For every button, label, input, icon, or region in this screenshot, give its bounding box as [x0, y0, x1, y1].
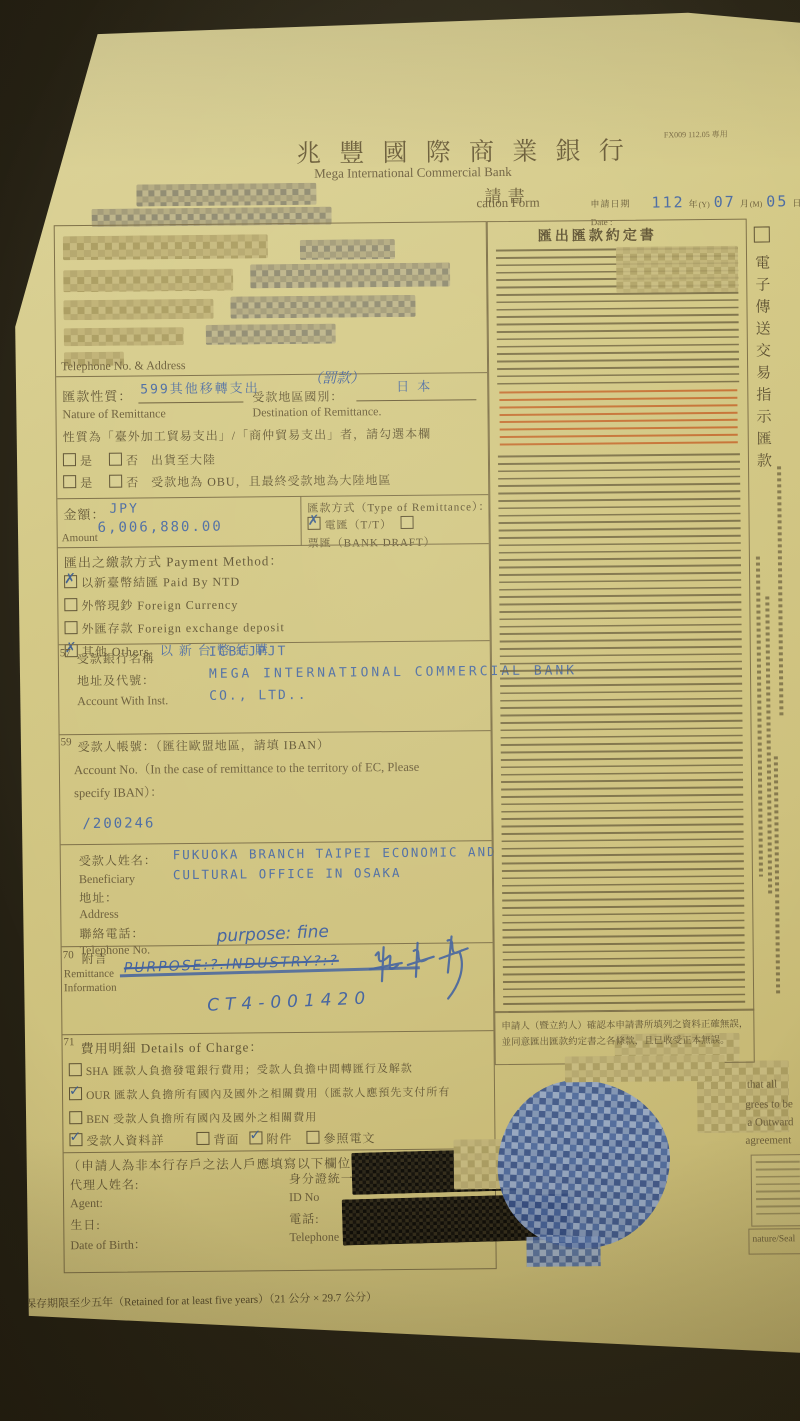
checkbox-no-2: [109, 475, 122, 488]
seal-label: nature/Seal: [752, 1234, 795, 1244]
redacted-applicant-info: [63, 269, 233, 293]
checkbox-fx-deposit: [64, 621, 77, 634]
phone-label-zh: 電話:: [289, 1210, 320, 1227]
box59-num: 59: [61, 736, 72, 748]
terms-en-fragment-1: that all: [747, 1078, 777, 1090]
box59-label3: specify IBAN）：: [74, 782, 163, 801]
terms-en-fragment-3: a Outward: [747, 1116, 793, 1128]
left-form-column: Telephone No. & Address 匯款性質： 599其他移轉支出 …: [54, 221, 497, 1273]
box57-label2: 地址及代號：: [77, 671, 155, 689]
box70-label-zh: 附言: [82, 950, 108, 967]
box70-label-en2: Information: [64, 982, 117, 995]
payment-header: 匯出之繳款方式 Payment Method：: [64, 550, 284, 571]
checkbox-no-1: [109, 453, 122, 466]
destination-label-en: Destination of Remittance.: [252, 404, 381, 420]
checkbox-electronic-remittance: [754, 226, 770, 242]
box57-bank-name2: CO., LTD..: [209, 688, 307, 704]
payment-option-3: 外匯存款 Foreign exchange deposit: [64, 618, 284, 638]
form-code: FX009 112.05 專用: [664, 129, 728, 141]
checkbox-yes-2: [63, 475, 76, 488]
redacted-applicant-info: [300, 239, 395, 260]
beneficiary-label-en: Beneficiary: [79, 872, 135, 888]
yn-row-2: 是 否 受款地為 OBU，且最終受款地為大陸地區: [63, 471, 392, 492]
checkbox-tt: ✗: [308, 517, 321, 530]
terms-title: 匯出匯款約定書: [538, 225, 657, 246]
handwritten-code: CT4-001420: [207, 988, 372, 1015]
dob-label-zh: 生日:: [70, 1216, 101, 1233]
checkbox-ben: [69, 1111, 82, 1124]
seal-box: nature/Seal: [748, 1228, 800, 1255]
amount-label-en: Amount: [62, 532, 98, 544]
box71-header: 費用明細 Details of Charge：: [80, 1036, 263, 1057]
destination-value: 日本: [396, 376, 438, 395]
date-value: 112 年(Y) 07 月(M) 05 日(D): [651, 192, 800, 213]
destination-label-zh: 受款地區國別：: [252, 388, 343, 406]
box59-label1: 受款人帳號：（匯往歐盟地區，請填 IBAN）: [78, 736, 330, 755]
form-subtitle-partial: cation Form: [476, 195, 539, 212]
redacted-applicant-info: [64, 327, 184, 346]
amount-value: 6,006,880.00: [98, 519, 223, 536]
remit-type-label: 匯款方式（Type of Remittance）：: [307, 498, 490, 516]
box57-label1: 受款銀行名稱: [77, 649, 155, 667]
box59-account-value: /200246: [82, 815, 155, 832]
redacted-applicant-info: [250, 263, 450, 289]
redacted-patch: [565, 1055, 725, 1083]
box57-num: 57: [60, 647, 71, 659]
vertical-terms-note: [777, 466, 783, 716]
nature-value: 599其他移轉支出: [140, 377, 260, 397]
checkbox-our: ✓: [69, 1087, 82, 1100]
payment-option-2: 外幣現鈔 Foreign Currency: [64, 596, 238, 616]
checkbox-yes-1: [63, 453, 76, 466]
redacted-form-title: [136, 183, 316, 207]
stamp-fragment: [526, 1236, 600, 1267]
address-label-zh: 地址：: [79, 889, 118, 906]
beneficiary-name-1: FUKUOKA BRANCH TAIPEI ECONOMIC AND: [173, 844, 497, 862]
amount-currency: JPY: [109, 502, 139, 517]
tel-label-zh: 聯絡電話：: [79, 924, 144, 942]
beneficiary-name-2: CULTURAL OFFICE IN OSAKA: [173, 865, 402, 882]
confirm-line-1: 申請人（暨立約人）確認本申請書所填列之資料正確無誤，: [501, 1016, 748, 1032]
redacted-applicant-name: [63, 234, 268, 260]
vertical-terms-note: [774, 756, 780, 996]
checkbox-sha: [69, 1063, 82, 1076]
vertical-terms-note: [756, 557, 763, 877]
date-label-zh: 申請日期: [590, 199, 630, 209]
yn-row-1: 是 否 出貨至大陸: [63, 451, 216, 470]
trade-note: 性質為「臺外加工貿易支出」/「商仲貿易支出」者，請勾選本欄: [63, 425, 431, 446]
checkbox-paid-by-ntd: ✗: [64, 575, 77, 588]
bank-name-en: Mega International Commercial Bank: [314, 164, 512, 182]
redacted-applicant-address: [230, 295, 415, 319]
charge-option-ben: BEN 受款人負擔所有國內及國外之相關費用: [69, 1108, 317, 1128]
checkbox-foreign-currency: [64, 598, 77, 611]
address-label-en: Address: [79, 907, 118, 922]
handwritten-scribble: [362, 934, 483, 1005]
box71-num: 71: [63, 1036, 74, 1048]
beneficiary-label-zh: 受款人姓名：: [79, 851, 157, 869]
redacted-applicant-address: [63, 299, 213, 320]
remit-type-options: ✗電匯（T/T） 票匯（BANK DRAFT）: [307, 514, 488, 552]
telephone-address-label: Telephone No. & Address: [61, 358, 186, 374]
terms-en-fragment-4: agreement: [745, 1134, 791, 1146]
nature-hand-note: （罰款）: [308, 367, 364, 388]
payment-option-1: ✗以新臺幣結匯 Paid By NTD: [64, 573, 240, 593]
box57-label3: Account With Inst.: [77, 693, 168, 709]
beneficiary-detail-row: ✓受款人資料詳 背面 ✓附件 參照電文: [69, 1129, 375, 1150]
vertical-label-electronic: 電子傳送交易指示匯款: [751, 254, 774, 474]
redacted-applicant-info: [206, 324, 336, 345]
checkbox-refer-cable: [306, 1131, 319, 1144]
box70-num: 70: [63, 949, 74, 961]
charge-option-our: ✓OUR 匯款人負擔所有國內及國外之相關費用（匯款人應預先支付所有: [69, 1083, 450, 1105]
checkbox-back: [196, 1132, 209, 1145]
charge-option-sha: SHA 匯款人負擔發電銀行費用；受款人負擔中間轉匯行及解款: [69, 1059, 413, 1080]
confirm-line-2: 並同意匯出匯款約定書之各條款，且已收受正本無誤。: [501, 1032, 729, 1048]
checkbox-attachment: ✓: [249, 1131, 262, 1144]
id-label-en: ID No: [289, 1190, 319, 1205]
terms-en-fragment-2: grees to be: [745, 1098, 793, 1110]
terms-highlight-block: [499, 388, 738, 450]
terms-text-block: [498, 452, 745, 1010]
agent-label-zh: 代理人姓名:: [70, 1176, 140, 1194]
box57-swift: ICBCJPJT: [209, 644, 288, 660]
terms-column: 匯出匯款約定書: [487, 219, 755, 1013]
paper-form: 兆 豐 國 際 商 業 銀 行 Mega International Comme…: [0, 0, 800, 1421]
box70-label-en1: Remittance: [64, 968, 114, 980]
nature-label-zh: 匯款性質：: [62, 386, 132, 406]
signature-column: [751, 1154, 800, 1227]
retention-note: 保存期限至少五年（Retained for at least five year…: [25, 1288, 377, 1311]
checkbox-detail: ✓: [69, 1133, 82, 1146]
box59-label2: Account No.（In the case of remittance to…: [74, 757, 420, 778]
agent-label-en: Agent:: [70, 1196, 103, 1211]
redacted-terms-patch: [616, 246, 738, 293]
checkbox-bank-draft: [400, 516, 413, 529]
nature-label-en: Nature of Remittance: [62, 406, 165, 422]
dob-label-en: Date of Birth：: [70, 1235, 145, 1253]
vertical-terms-note: [765, 596, 772, 896]
